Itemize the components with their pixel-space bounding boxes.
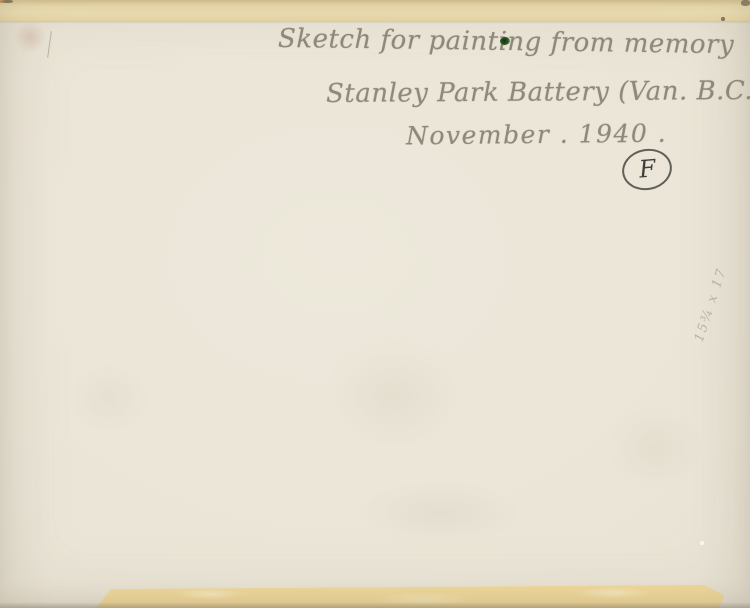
pink-stain: [8, 16, 52, 58]
artwork-verso-photo: Sketch for painting from memory Stanley …: [0, 0, 750, 608]
inscription-line-2: Stanley Park Battery (Van. B.C.) in acti…: [326, 75, 750, 109]
rust-speck: [0, 0, 3, 3]
small-dark-dot: [721, 17, 725, 21]
dark-edge-speck-top-right: [741, 0, 750, 6]
paper-scratch: [47, 31, 52, 58]
circled-letter-mark: F: [619, 145, 676, 195]
faint-smudge: [590, 390, 720, 505]
white-speck: [700, 541, 704, 545]
circled-letter: F: [638, 156, 657, 181]
dark-edge-speck-top-left: [2, 0, 13, 3]
faint-smudge: [330, 470, 550, 555]
faint-smudge: [55, 350, 165, 445]
faint-smudge: [300, 320, 490, 470]
inscription-line-3: November . 1940 .: [406, 119, 667, 151]
size-note-vertical: 15¾ x 17: [692, 266, 730, 344]
bottom-edge-shadow: [0, 602, 750, 608]
top-tape-band: [0, 0, 750, 21]
